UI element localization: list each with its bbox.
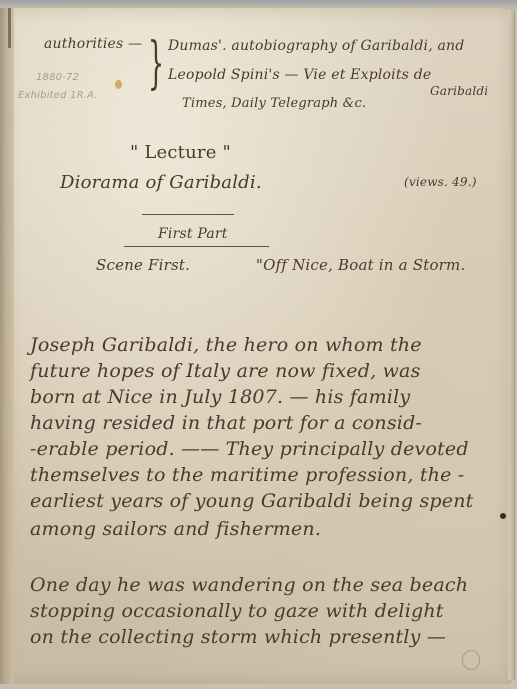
views-count-note: (views. 49.) <box>404 175 477 189</box>
title-lecture: " Lecture " <box>130 142 231 163</box>
paragraph-1-line-2: future hopes of Italy are now fixed, was <box>30 360 421 382</box>
page-mark <box>462 650 480 670</box>
page-binding-edge <box>0 8 14 684</box>
scene-title: "Off Nice, Boat in a Storm. <box>256 256 465 274</box>
paragraph-1-line-6: themselves to the maritime profession, t… <box>30 464 464 486</box>
paper-stain <box>115 80 122 89</box>
source-dumas: Dumas'. autobiography of Garibaldi, and <box>168 38 464 54</box>
title-diorama: Diorama of Garibaldi. <box>60 172 262 193</box>
paragraph-1-line-1: Joseph Garibaldi, the hero on whom the <box>30 334 422 356</box>
paragraph-1-line-8: among sailors and fishermen. <box>30 518 321 540</box>
part-heading: First Part <box>158 226 228 242</box>
ink-blot <box>500 513 506 519</box>
scene-label: Scene First. <box>96 256 190 274</box>
paragraph-2-line-2: stopping occasionally to gaze with delig… <box>30 600 444 622</box>
paragraph-1-line-4: having resided in that port for a consid… <box>30 412 422 434</box>
brace-mark: } <box>148 36 164 92</box>
title-underline <box>142 214 234 215</box>
pencil-note-date: 1880-72 <box>36 72 79 83</box>
paragraph-1-line-7: earliest years of young Garibaldi being … <box>30 490 473 512</box>
paragraph-1-line-3: born at Nice in July 1807. — his family <box>30 386 410 408</box>
page-right-edge <box>508 10 515 680</box>
pencil-note-exhibited: Exhibited 1R.A. <box>18 90 98 101</box>
paragraph-2-line-1: One day he was wandering on the sea beac… <box>30 574 468 596</box>
paragraph-2-line-3: on the collecting storm which presently … <box>30 626 446 648</box>
part-underline <box>124 246 269 247</box>
source-spini: Leopold Spini's — Vie et Exploits de <box>168 67 431 83</box>
source-newspapers: Times, Daily Telegraph &c. <box>182 96 366 111</box>
source-continuation: Garibaldi <box>430 84 488 98</box>
authorities-label: authorities — <box>44 36 142 52</box>
paragraph-1-line-5: -erable period. —— They principally devo… <box>30 438 469 460</box>
